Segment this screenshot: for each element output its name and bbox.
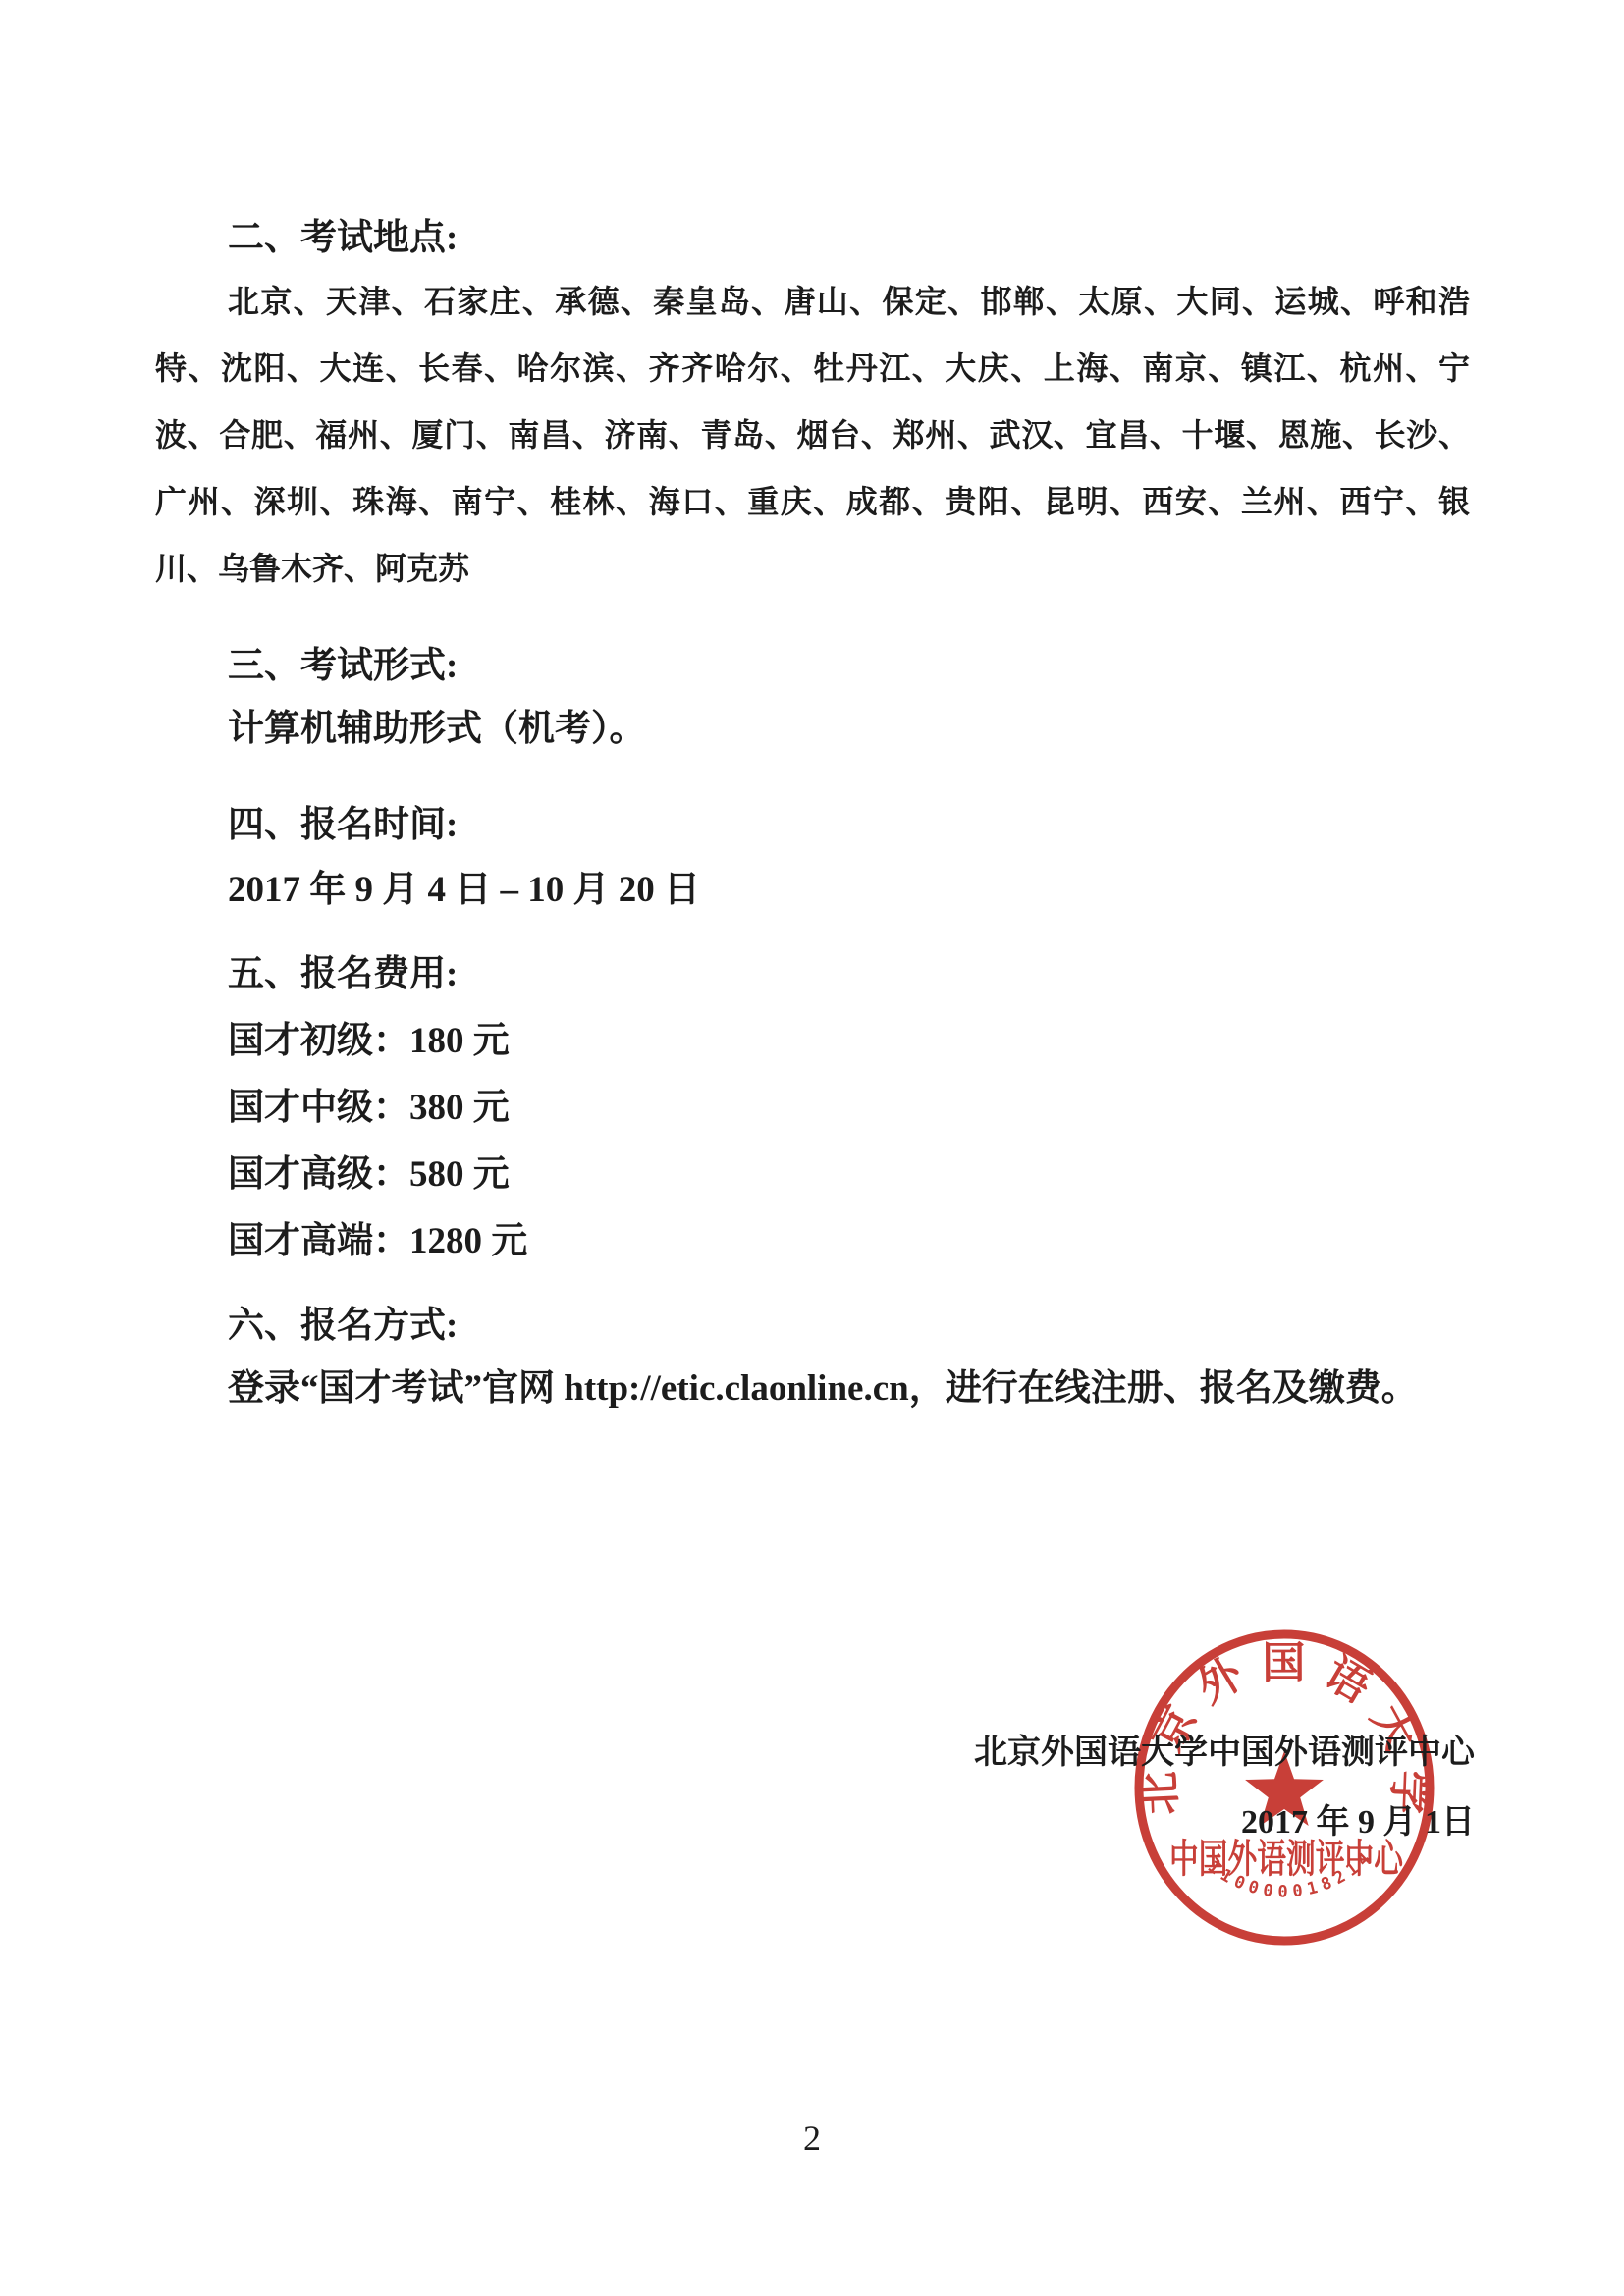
exam-locations-line-1: 北京、天津、石家庄、承德、秦皇岛、唐山、保定、邯郸、太原、大同、运城、呼和浩 [155,281,1470,322]
signature-date: 2017 年 9 月 1日 [1241,1802,1475,1843]
section2-heading: 二、考试地点: [228,216,458,261]
registration-method-text: 登录“国才考试”官网 http://etic.claonline.cn，进行在线… [228,1366,1418,1412]
exam-locations-line-5: 川、乌鲁木齐、阿克苏 [155,548,1470,589]
section6-heading: 六、报名方式: [228,1304,458,1349]
exam-locations-line-4: 广州、深圳、珠海、南宁、桂林、海口、重庆、成都、贵阳、昆明、西安、兰州、西宁、银 [155,481,1470,522]
section4-heading: 四、报名时间: [228,803,458,848]
exam-locations-line-2: 特、沈阳、大连、长春、哈尔滨、齐齐哈尔、牡丹江、大庆、上海、南京、镇江、杭州、宁 [155,347,1470,389]
fee-line-premium: 国才高端：1280 元 [228,1219,527,1264]
section5-heading: 五、报名费用: [228,952,458,997]
page-number: 2 [0,2116,1624,2160]
registration-period-text: 2017 年 9 月 4 日 – 10 月 20 日 [228,868,700,913]
signature-organization: 北京外国语大学中国外语测评中心 [974,1733,1475,1774]
exam-locations-line-3: 波、合肥、福州、厦门、南昌、济南、青岛、烟台、郑州、武汉、宜昌、十堰、恩施、长沙… [155,414,1470,455]
official-seal-stamp: 北京外国语大学 中国外语测评中心 1100000182149 [1127,1626,1441,1949]
fee-line-intermediate: 国才中级：380 元 [228,1086,510,1131]
exam-format-text: 计算机辅助形式（机考）。 [228,707,646,752]
fee-line-advanced: 国才高级：580 元 [228,1152,510,1198]
section3-heading: 三、考试形式: [228,644,458,689]
fee-line-elementary: 国才初级：180 元 [228,1019,510,1064]
seal-graphic: 北京外国语大学 中国外语测评中心 1100000182149 [1127,1626,1441,1949]
document-page: 二、考试地点: 北京、天津、石家庄、承德、秦皇岛、唐山、保定、邯郸、太原、大同、… [0,0,1624,2296]
